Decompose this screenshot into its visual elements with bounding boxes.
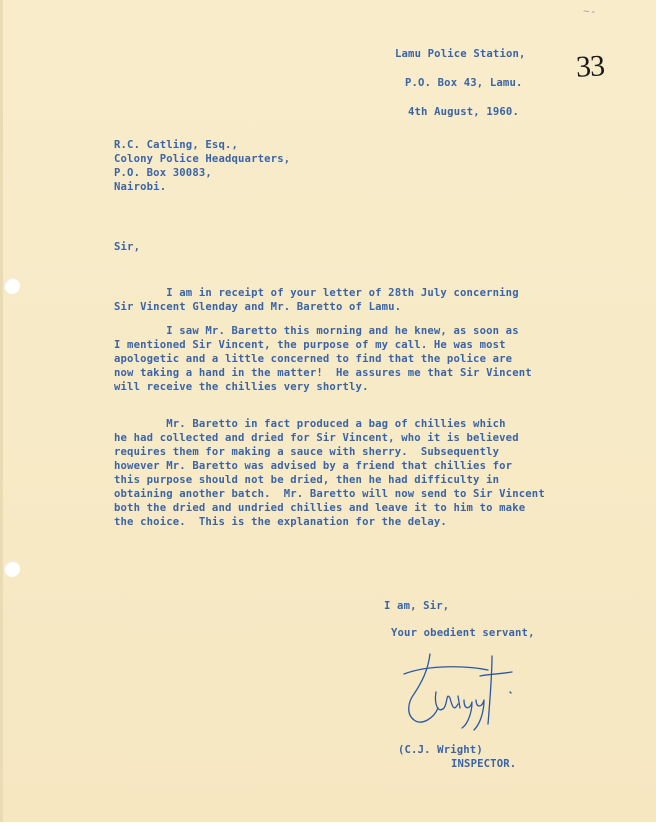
- typed-name: (C.J. Wright): [398, 744, 483, 757]
- paragraph-line: Mr. Baretto in fact produced a bag of ch…: [114, 418, 506, 431]
- closing-line2: Your obedient servant,: [391, 627, 535, 640]
- recipient-line4: Nairobi.: [114, 181, 166, 194]
- paragraph-line: both the dried and undried chillies and …: [114, 502, 525, 515]
- paragraph-line: I saw Mr. Baretto this morning and he kn…: [114, 325, 519, 338]
- salutation: Sir,: [114, 241, 140, 254]
- sender-address-line1: Lamu Police Station,: [395, 48, 526, 61]
- paragraph-line: I mentioned Sir Vincent, the purpose of …: [114, 339, 506, 352]
- handwritten-signature: [400, 652, 540, 742]
- signatory-title: INSPECTOR.: [451, 758, 516, 771]
- paragraph-line: this purpose should not be dried, then h…: [114, 474, 499, 487]
- paragraph-line: however Mr. Baretto was advised by a fri…: [114, 460, 512, 473]
- paragraph-line: requires them for making a sauce with sh…: [114, 446, 499, 459]
- paragraph-line: I am in receipt of your letter of 28th J…: [114, 287, 519, 300]
- recipient-line3: P.O. Box 30083,: [114, 167, 212, 180]
- closing-line1: I am, Sir,: [384, 600, 449, 613]
- letter-date: 4th August, 1960.: [408, 106, 519, 119]
- paragraph-line: the choice. This is the explanation for …: [114, 516, 447, 529]
- punch-hole-bottom: [4, 561, 20, 577]
- pencil-annotation: ~-: [583, 6, 597, 18]
- folio-number: 33: [575, 49, 605, 84]
- paragraph-line: now taking a hand in the matter! He assu…: [114, 367, 532, 380]
- punch-hole-top: [4, 278, 20, 294]
- paper-left-edge: [0, 0, 3, 822]
- sender-address-line2: P.O. Box 43, Lamu.: [405, 77, 523, 90]
- paragraph-line: Sir Vincent Glenday and Mr. Baretto of L…: [114, 301, 401, 314]
- paragraph-line: obtaining another batch. Mr. Baretto wil…: [114, 488, 545, 501]
- recipient-line2: Colony Police Headquarters,: [114, 153, 290, 166]
- paragraph-line: will receive the chillies very shortly.: [114, 381, 369, 394]
- recipient-line1: R.C. Catling, Esq.,: [114, 139, 238, 152]
- paragraph-line: apologetic and a little concerned to fin…: [114, 353, 512, 366]
- paper-bottom-edge: [0, 822, 656, 827]
- letter-page: ~- 33 Lamu Police Station, P.O. Box 43, …: [0, 0, 656, 822]
- paragraph-line: he had collected and dried for Sir Vince…: [114, 432, 519, 445]
